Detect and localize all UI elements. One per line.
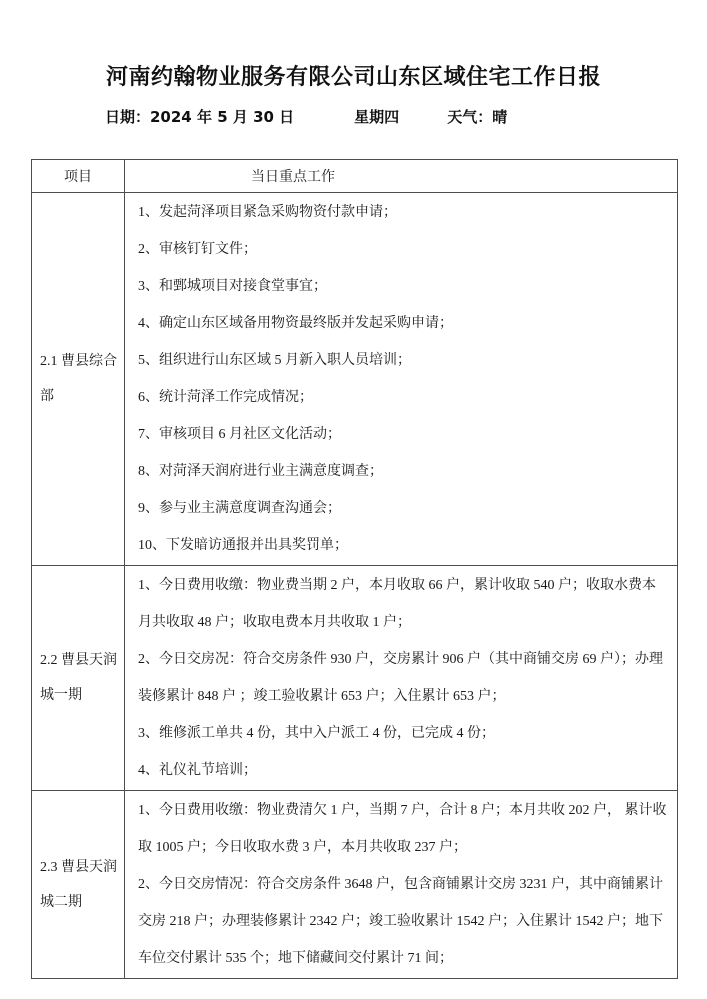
table-row: 2.3 曹县天润城二期1、今日费用收缴：物业费清欠 1 户，当期 7 户，合计 … [32, 791, 678, 979]
work-item: 4、礼仪礼节培训； [138, 752, 669, 789]
work-item: 2、审核钉钉文件； [138, 231, 669, 268]
work-item: 10、下发暗访通报并出具奖罚单； [138, 527, 669, 564]
work-item: 1、发起菏泽项目紧急采购物资付款申请； [138, 194, 669, 231]
work-item: 4、确定山东区域备用物资最终版并发起采购申请； [138, 305, 669, 342]
work-item: 8、对菏泽天润府进行业主满意度调查； [138, 453, 669, 490]
project-label: 2.3 曹县天润城二期 [32, 791, 125, 979]
date-line: 日期：2024 年 5 月 30 日星期四天气：晴 [0, 107, 707, 128]
page-title: 河南约翰物业服务有限公司山东区域住宅工作日报 [0, 0, 707, 92]
project-label: 2.1 曹县综合部 [32, 193, 125, 566]
table-header-row: 项目 当日重点工作 [32, 160, 678, 193]
report-table-body: 2.1 曹县综合部1、发起菏泽项目紧急采购物资付款申请；2、审核钉钉文件；3、和… [32, 193, 678, 979]
work-item: 9、参与业主满意度调查沟通会； [138, 490, 669, 527]
work-items-cell: 1、今日费用收缴：物业费当期 2 户，本月收取 66 户，累计收取 540 户；… [125, 566, 678, 791]
column-header-key-work: 当日重点工作 [125, 160, 678, 193]
weather-value: 天气：晴 [447, 108, 507, 126]
table-row: 2.1 曹县综合部1、发起菏泽项目紧急采购物资付款申请；2、审核钉钉文件；3、和… [32, 193, 678, 566]
work-items-cell: 1、发起菏泽项目紧急采购物资付款申请；2、审核钉钉文件；3、和鄄城项目对接食堂事… [125, 193, 678, 566]
work-items-cell: 1、今日费用收缴：物业费清欠 1 户，当期 7 户，合计 8 户；本月共收 20… [125, 791, 678, 979]
work-item: 2、今日交房况：符合交房条件 930 户，交房累计 906 户（其中商铺交房 6… [138, 641, 669, 715]
work-item: 1、今日费用收缴：物业费当期 2 户，本月收取 66 户，累计收取 540 户；… [138, 567, 669, 641]
work-item: 3、维修派工单共 4 份，其中入户派工 4 份，已完成 4 份； [138, 715, 669, 752]
document-page: 河南约翰物业服务有限公司山东区域住宅工作日报 日期：2024 年 5 月 30 … [0, 0, 707, 999]
date-value: 日期：2024 年 5 月 30 日 [105, 108, 294, 126]
column-header-project: 项目 [32, 160, 125, 193]
work-item: 1、今日费用收缴：物业费清欠 1 户，当期 7 户，合计 8 户；本月共收 20… [138, 792, 669, 866]
daily-report-table: 项目 当日重点工作 2.1 曹县综合部1、发起菏泽项目紧急采购物资付款申请；2、… [31, 159, 678, 979]
work-item: 5、组织进行山东区域 5 月新入职人员培训； [138, 342, 669, 379]
weekday-value: 星期四 [354, 108, 399, 126]
work-item: 6、统计菏泽工作完成情况； [138, 379, 669, 416]
work-item: 7、审核项目 6 月社区文化活动； [138, 416, 669, 453]
table-row: 2.2 曹县天润城一期1、今日费用收缴：物业费当期 2 户，本月收取 66 户，… [32, 566, 678, 791]
work-item: 2、今日交房情况：符合交房条件 3648 户，包含商铺累计交房 3231 户，其… [138, 866, 669, 977]
project-label: 2.2 曹县天润城一期 [32, 566, 125, 791]
work-item: 3、和鄄城项目对接食堂事宜； [138, 268, 669, 305]
